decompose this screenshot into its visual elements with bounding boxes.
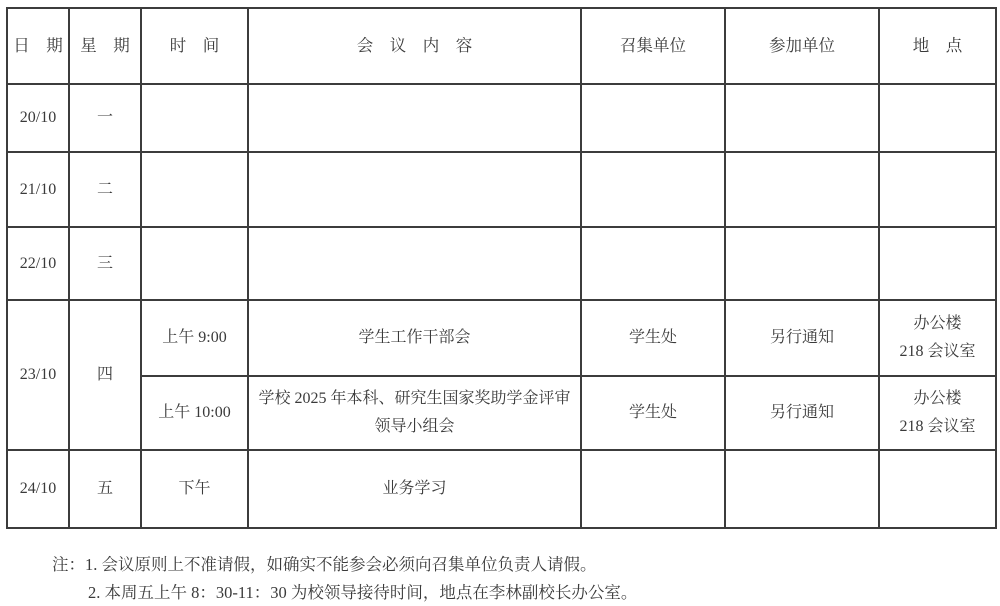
table-row-tuesday: 21/10 二: [7, 152, 996, 227]
weekday-cell: 四: [69, 300, 141, 450]
location-cell: [879, 450, 996, 528]
participants-cell: [725, 450, 879, 528]
participants-cell: 另行通知: [725, 300, 879, 376]
convener-cell: [581, 152, 725, 227]
table-row-friday: 24/10 五 下午 业务学习: [7, 450, 996, 528]
header-location: 地 点: [879, 8, 996, 84]
content-cell: [248, 152, 581, 227]
header-convener: 召集单位: [581, 8, 725, 84]
note-line-2: 2. 本周五上午 8：30-11：30 为校领导接待时间，地点在李林副校长办公室…: [52, 579, 637, 606]
location-cell: 办公楼 218 会议室: [879, 376, 996, 450]
header-content: 会 议 内 容: [248, 8, 581, 84]
location-cell: 办公楼 218 会议室: [879, 300, 996, 376]
participants-cell: 另行通知: [725, 376, 879, 450]
convener-cell: [581, 84, 725, 152]
location-cell: [879, 227, 996, 300]
location-cell: [879, 84, 996, 152]
content-cell: 学校 2025 年本科、研究生国家奖助学金评审领导小组会: [248, 376, 581, 450]
time-cell: [141, 152, 248, 227]
time-cell: 下午: [141, 450, 248, 528]
date-cell: 21/10: [7, 152, 69, 227]
convener-cell: 学生处: [581, 376, 725, 450]
weekday-cell: 三: [69, 227, 141, 300]
table-row-thursday-slot2: 上午 10:00 学校 2025 年本科、研究生国家奖助学金评审领导小组会 学生…: [7, 376, 996, 450]
time-cell: [141, 84, 248, 152]
table-row-thursday-slot1: 23/10 四 上午 9:00 学生工作干部会 学生处 另行通知 办公楼 218…: [7, 300, 996, 376]
content-cell: 业务学习: [248, 450, 581, 528]
header-time: 时 间: [141, 8, 248, 84]
weekday-cell: 五: [69, 450, 141, 528]
convener-cell: [581, 450, 725, 528]
content-cell: 学生工作干部会: [248, 300, 581, 376]
meeting-schedule-page: 日 期 星 期 时 间 会 议 内 容 召集单位 参加单位 地 点 20/10 …: [0, 0, 1000, 606]
header-participants: 参加单位: [725, 8, 879, 84]
participants-cell: [725, 152, 879, 227]
convener-cell: 学生处: [581, 300, 725, 376]
note-line-1: 注：1. 会议原则上不准请假，如确实不能参会必须向召集单位负责人请假。: [52, 551, 637, 579]
notes: 注：1. 会议原则上不准请假，如确实不能参会必须向召集单位负责人请假。 2. 本…: [52, 551, 637, 606]
header-weekday: 星 期: [69, 8, 141, 84]
location-cell: [879, 152, 996, 227]
weekday-cell: 二: [69, 152, 141, 227]
meeting-schedule-table: 日 期 星 期 时 间 会 议 内 容 召集单位 参加单位 地 点 20/10 …: [6, 7, 997, 529]
date-cell: 23/10: [7, 300, 69, 450]
participants-cell: [725, 227, 879, 300]
participants-cell: [725, 84, 879, 152]
table-header-row: 日 期 星 期 时 间 会 议 内 容 召集单位 参加单位 地 点: [7, 8, 996, 84]
weekday-cell: 一: [69, 84, 141, 152]
table-row-wednesday: 22/10 三: [7, 227, 996, 300]
time-cell: [141, 227, 248, 300]
date-cell: 22/10: [7, 227, 69, 300]
date-cell: 20/10: [7, 84, 69, 152]
time-cell: 上午 10:00: [141, 376, 248, 450]
convener-cell: [581, 227, 725, 300]
time-cell: 上午 9:00: [141, 300, 248, 376]
date-cell: 24/10: [7, 450, 69, 528]
header-date: 日 期: [7, 8, 69, 84]
table-row-monday: 20/10 一: [7, 84, 996, 152]
content-cell: [248, 227, 581, 300]
content-cell: [248, 84, 581, 152]
